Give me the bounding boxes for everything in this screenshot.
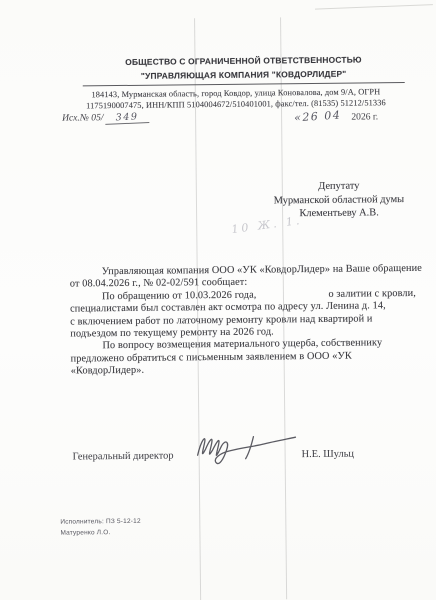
executor-block: Исполнитель: ПЗ 5-12-12 Матуренко Л.О. — [60, 517, 141, 539]
signature-scribble — [189, 424, 301, 473]
scanned-letter: ОБЩЕСТВО С ОГРАНИЧЕННОЙ ОТВЕТСТВЕННОСТЬЮ… — [0, 0, 436, 600]
outgoing-ref: Исх.№ 05/349 — [62, 112, 150, 125]
org-name-line2: "УПРАВЛЯЮЩАЯ КОМПАНИЯ "КОВДОРЛИДЕР" — [66, 66, 422, 83]
date-day-month-handwritten: «26 04 — [294, 108, 342, 124]
outgoing-number-handwritten: 349 — [105, 111, 149, 125]
signer-title: Генеральный директор — [73, 450, 174, 462]
body-lines: Управляющая компания ООО «УК «КовдорЛиде… — [70, 263, 417, 378]
scan-edge-artifact — [315, 4, 433, 10]
recipient-block: Депутату Мурманской областной думы Клеме… — [245, 179, 433, 222]
org-address: 184143, Мурманская область, город Ковдор… — [58, 86, 414, 112]
letter-page: ОБЩЕСТВО С ОГРАНИЧЕННОЙ ОТВЕТСТВЕННОСТЬЮ… — [0, 0, 436, 600]
date-year-printed: 2026 г. — [351, 111, 378, 122]
letterhead: ОБЩЕСТВО С ОГРАНИЧЕННОЙ ОТВЕТСТВЕННОСТЬЮ… — [65, 53, 421, 84]
outgoing-number-label: Исх.№ 05/ — [62, 112, 104, 123]
executor-name: Матуренко Л.О. — [60, 527, 141, 538]
signer-name: Н.Е. Шульц — [302, 449, 354, 461]
body-line: «КовдорЛидер». — [71, 362, 417, 378]
executor-phone: Исполнитель: ПЗ 5-12-12 — [60, 517, 141, 528]
letter-date: «26 042026 г. — [294, 109, 426, 123]
